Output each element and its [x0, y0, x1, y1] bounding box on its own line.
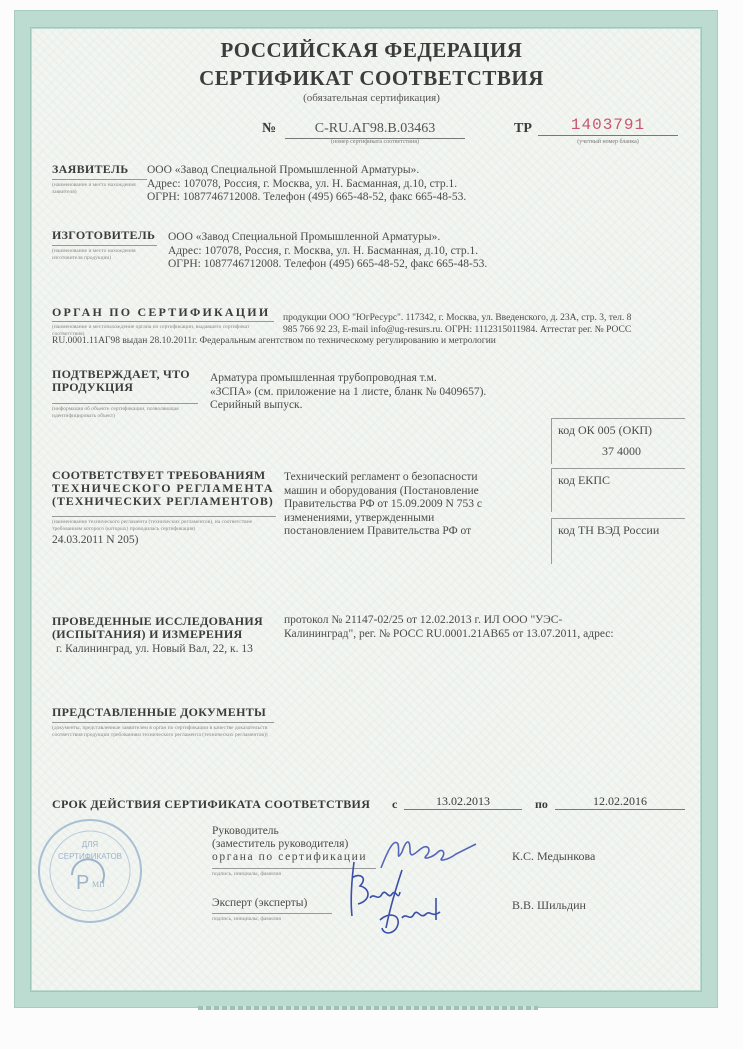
validity-to-label: по: [535, 797, 548, 812]
regulation-label-block: СООТВЕТСТВУЕТ ТРЕБОВАНИЯМ ТЕХНИЧЕСКОГО Р…: [52, 469, 276, 548]
tests-line: Калининград", рег. № РОСС RU.0001.21АВ65…: [284, 628, 704, 642]
blank-number-caption: (учетный номер бланка): [538, 139, 678, 145]
regulation-caption: (наименование технического регламента (т…: [52, 516, 276, 533]
product-label-block: ПОДТВЕРЖДАЕТ, ЧТО ПРОДУКЦИЯ (информация …: [52, 368, 198, 420]
head-role-line2: (заместитель руководителя): [212, 838, 376, 851]
regulation-line: постановлением Правительства РФ от: [284, 525, 546, 539]
applicant-line: ОГРН: 1087746712008. Телефон (495) 665-4…: [147, 191, 667, 205]
cert-body-line: 985 766 92 23, E-mail info@ug-resurs.ru.…: [283, 325, 693, 337]
stamp-icon: ДЛЯ СЕРТИФИКАТОВ Р МП: [36, 817, 144, 925]
cert-body-line-continued: RU.0001.11АГ98 выдан 28.10.2011г. Федера…: [52, 336, 692, 348]
validity-to-date: 12.02.2016: [555, 794, 685, 810]
regulation-line: изменениями, утвержденными: [284, 512, 546, 526]
okp-code-box: код ОК 005 (ОКП) 37 4000: [551, 418, 685, 464]
blank-number-label: ТР: [514, 121, 532, 137]
microtext-strip: [198, 1006, 538, 1010]
signature-icon: [340, 858, 470, 948]
okp-code-value: 37 4000: [558, 438, 685, 459]
ekps-code-box: код ЕКПС: [551, 468, 685, 512]
manufacturer-line: ООО «Завод Специальной Промышленной Арма…: [168, 231, 688, 245]
applicant-line: Адрес: 107078, Россия, г. Москва, ул. Н.…: [147, 178, 667, 192]
expert-signature-block: Эксперт (эксперты) подпись, инициалы, фа…: [212, 897, 332, 922]
manufacturer-line: ОГРН: 1087746712008. Телефон (495) 665-4…: [168, 258, 688, 272]
certificate-title: СЕРТИФИКАТ СООТВЕТСТВИЯ: [0, 66, 743, 91]
regulation-continuation: 24.03.2011 N 205): [52, 534, 276, 548]
tnved-code-label: код ТН ВЭД России: [558, 523, 685, 538]
documents-caption: (документы, представленные заявителем в …: [52, 722, 274, 739]
tests-label-line2: (ИСПЫТАНИЯ) И ИЗМЕРЕНИЯ: [52, 628, 292, 641]
tests-line: протокол № 21147-02/25 от 12.02.2013 г. …: [284, 614, 704, 628]
validity-from-date: 13.02.2013: [404, 794, 522, 810]
applicant-label-block: ЗАЯВИТЕЛЬ (наименование и место нахожден…: [52, 163, 147, 196]
validity-from-label: с: [392, 797, 397, 812]
applicant-caption: (наименование и место нахождения заявите…: [52, 179, 147, 196]
regulation-line: машин и оборудования (Постановление: [284, 485, 546, 499]
regulation-label-line3: (ТЕХНИЧЕСКИХ РЕГЛАМЕНТОВ): [52, 495, 276, 508]
svg-text:ДЛЯ: ДЛЯ: [82, 840, 99, 849]
tests-label-block: ПРОВЕДЕННЫЕ ИССЛЕДОВАНИЯ (ИСПЫТАНИЯ) И И…: [52, 615, 292, 641]
regulation-line: Технический регламент о безопасности: [284, 471, 546, 485]
regulation-line: Правительства РФ от 15.09.2009 N 753 с: [284, 498, 546, 512]
country-heading: РОССИЙСКАЯ ФЕДЕРАЦИЯ: [0, 38, 743, 63]
product-line: «ЗСПА» (см. приложение на 1 листе, бланк…: [210, 386, 550, 400]
tests-continuation: г. Калининград, ул. Новый Вал, 22, к. 13: [56, 643, 456, 657]
certificate-number: C-RU.АГ98.B.03463: [285, 121, 465, 139]
cert-body-label: ОРГАН ПО СЕРТИФИКАЦИИ: [52, 306, 274, 319]
blank-number: 1403791: [538, 116, 678, 136]
expert-caption: подпись, инициалы, фамилия: [212, 913, 332, 922]
applicant-details: ООО «Завод Специальной Промышленной Арма…: [147, 164, 667, 205]
regulation-details: Технический регламент о безопасности маш…: [284, 471, 546, 539]
validity-label: СРОК ДЕЙСТВИЯ СЕРТИФИКАТА СООТВЕТСТВИЯ: [52, 797, 370, 812]
manufacturer-details: ООО «Завод Специальной Промышленной Арма…: [168, 231, 688, 272]
expert-name: В.В. Шильдин: [512, 898, 586, 913]
head-role-line1: Руководитель: [212, 825, 376, 838]
tests-details: протокол № 21147-02/25 от 12.02.2013 г. …: [284, 614, 704, 641]
ekps-code-label: код ЕКПС: [558, 473, 685, 488]
documents-label: ПРЕДСТАВЛЕННЫЕ ДОКУМЕНТЫ: [52, 706, 274, 719]
seal-stamp: ДЛЯ СЕРТИФИКАТОВ Р МП: [36, 817, 144, 925]
applicant-label: ЗАЯВИТЕЛЬ: [52, 163, 147, 176]
cert-body-details: продукции ООО "ЮгРесурс". 117342, г. Мос…: [283, 313, 693, 336]
tnved-code-box: код ТН ВЭД России: [551, 518, 685, 564]
head-name: К.С. Медынкова: [512, 849, 595, 864]
cert-body-line: продукции ООО "ЮгРесурс". 117342, г. Мос…: [283, 313, 693, 325]
product-details: Арматура промышленная трубопроводная т.м…: [210, 372, 550, 413]
okp-code-label: код ОК 005 (ОКП): [558, 423, 685, 438]
manufacturer-line: Адрес: 107078, Россия, г. Москва, ул. Н.…: [168, 245, 688, 259]
svg-text:Р: Р: [76, 872, 89, 894]
cert-body-label-block: ОРГАН ПО СЕРТИФИКАЦИИ (наименование и ме…: [52, 306, 274, 338]
certificate-subtitle: (обязательная сертификация): [0, 92, 743, 104]
svg-text:МП: МП: [92, 880, 105, 889]
manufacturer-label-block: ИЗГОТОВИТЕЛЬ (наименование и место нахож…: [52, 229, 157, 262]
documents-label-block: ПРЕДСТАВЛЕННЫЕ ДОКУМЕНТЫ (документы, пре…: [52, 706, 274, 739]
product-caption: (информация об объекте сертификации, поз…: [52, 403, 198, 420]
manufacturer-caption: (наименование и место нахождения изготов…: [52, 245, 157, 262]
product-line: Серийный выпуск.: [210, 399, 550, 413]
product-line: Арматура промышленная трубопроводная т.м…: [210, 372, 550, 386]
expert-signature: [340, 858, 470, 953]
product-label-line2: ПРОДУКЦИЯ: [52, 381, 198, 394]
certificate-number-caption: (номер сертификата соответствия): [285, 139, 465, 145]
applicant-line: ООО «Завод Специальной Промышленной Арма…: [147, 164, 667, 178]
manufacturer-label: ИЗГОТОВИТЕЛЬ: [52, 229, 157, 242]
certificate-number-label: №: [262, 121, 276, 137]
expert-role: Эксперт (эксперты): [212, 897, 332, 910]
